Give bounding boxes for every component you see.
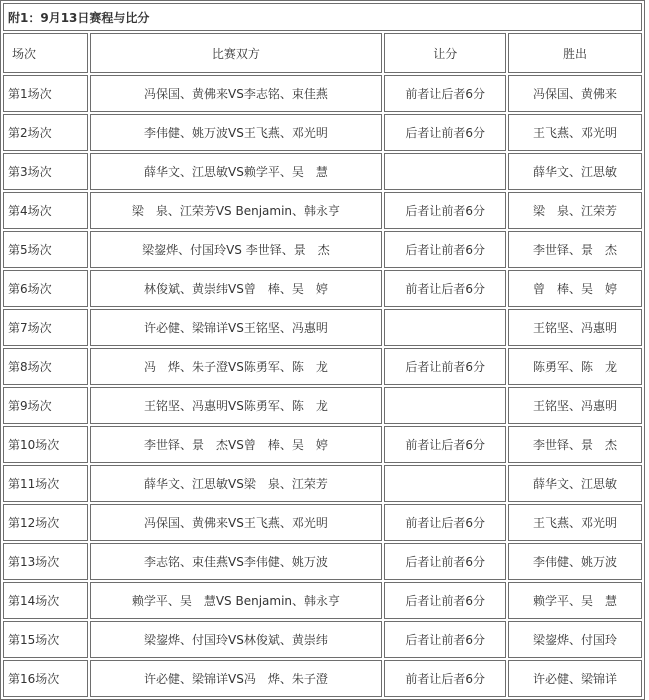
handicap-cell: 后者让前者6分 — [384, 192, 506, 229]
table-row: 第7场次 许必健、梁锦详VS王铭坚、冯惠明 王铭坚、冯惠明 — [3, 309, 642, 346]
table-row: 第10场次 李世铎、景 杰VS曾 棒、吴 婷 前者让后者6分 李世铎、景 杰 — [3, 426, 642, 463]
handicap-cell — [384, 309, 506, 346]
teams-cell: 林俊斌、黄崇纬VS曾 棒、吴 婷 — [90, 270, 383, 307]
winner-cell: 冯保国、黄佛来 — [508, 75, 642, 112]
teams-cell: 梁鋆烨、付国玲VS林俊斌、黄崇纬 — [90, 621, 383, 658]
winner-cell: 许必健、梁锦详 — [508, 660, 642, 697]
match-cell: 第1场次 — [3, 75, 88, 112]
teams-cell: 王铭坚、冯惠明VS陈勇军、陈 龙 — [90, 387, 383, 424]
match-cell: 第6场次 — [3, 270, 88, 307]
teams-cell: 冯 烨、朱子澄VS陈勇军、陈 龙 — [90, 348, 383, 385]
winner-cell: 王飞燕、邓光明 — [508, 504, 642, 541]
winner-cell: 王飞燕、邓光明 — [508, 114, 642, 151]
match-cell: 第5场次 — [3, 231, 88, 268]
handicap-cell: 前者让后者6分 — [384, 270, 506, 307]
winner-cell: 赖学平、吴 慧 — [508, 582, 642, 619]
header-winner: 胜出 — [508, 33, 642, 73]
teams-cell: 许必健、梁锦详VS王铭坚、冯惠明 — [90, 309, 383, 346]
match-cell: 第3场次 — [3, 153, 88, 190]
table-row: 第4场次 梁 泉、江荣芳VS Benjamin、韩永亨 后者让前者6分 梁 泉、… — [3, 192, 642, 229]
header-teams: 比赛双方 — [90, 33, 383, 73]
winner-cell: 陈勇军、陈 龙 — [508, 348, 642, 385]
winner-cell: 李世铎、景 杰 — [508, 231, 642, 268]
match-cell: 第9场次 — [3, 387, 88, 424]
score-table: 附1：9月13日赛程与比分 场次 比赛双方 让分 胜出 第1场次 冯保国、黄佛来… — [0, 0, 645, 700]
handicap-cell — [384, 387, 506, 424]
match-cell: 第2场次 — [3, 114, 88, 151]
teams-cell: 薛华文、江思敏VS赖学平、吴 慧 — [90, 153, 383, 190]
match-cell: 第13场次 — [3, 543, 88, 580]
winner-cell: 王铭坚、冯惠明 — [508, 309, 642, 346]
table-row: 第8场次 冯 烨、朱子澄VS陈勇军、陈 龙 后者让前者6分 陈勇军、陈 龙 — [3, 348, 642, 385]
teams-cell: 梁 泉、江荣芳VS Benjamin、韩永亨 — [90, 192, 383, 229]
winner-cell: 李伟健、姚万波 — [508, 543, 642, 580]
teams-cell: 赖学平、吴 慧VS Benjamin、韩永亨 — [90, 582, 383, 619]
table-row: 第14场次 赖学平、吴 慧VS Benjamin、韩永亨 后者让前者6分 赖学平… — [3, 582, 642, 619]
header-handicap: 让分 — [384, 33, 506, 73]
teams-cell: 李志铭、束佳燕VS李伟健、姚万波 — [90, 543, 383, 580]
match-cell: 第8场次 — [3, 348, 88, 385]
handicap-cell: 后者让前者6分 — [384, 114, 506, 151]
teams-cell: 李伟健、姚万波VS王飞燕、邓光明 — [90, 114, 383, 151]
handicap-cell: 后者让前者6分 — [384, 348, 506, 385]
table-row: 第3场次 薛华文、江思敏VS赖学平、吴 慧 薛华文、江思敏 — [3, 153, 642, 190]
winner-cell: 薛华文、江思敏 — [508, 465, 642, 502]
winner-cell: 王铭坚、冯惠明 — [508, 387, 642, 424]
match-cell: 第12场次 — [3, 504, 88, 541]
table-row: 第1场次 冯保国、黄佛来VS李志铭、束佳燕 前者让后者6分 冯保国、黄佛来 — [3, 75, 642, 112]
handicap-cell: 后者让前者6分 — [384, 582, 506, 619]
match-cell: 第10场次 — [3, 426, 88, 463]
handicap-cell — [384, 465, 506, 502]
winner-cell: 曾 棒、吴 婷 — [508, 270, 642, 307]
table-row: 第5场次 梁鋆烨、付国玲VS 李世铎、景 杰 后者让前者6分 李世铎、景 杰 — [3, 231, 642, 268]
match-cell: 第7场次 — [3, 309, 88, 346]
handicap-cell: 后者让前者6分 — [384, 231, 506, 268]
table-row: 第13场次 李志铭、束佳燕VS李伟健、姚万波 后者让前者6分 李伟健、姚万波 — [3, 543, 642, 580]
winner-cell: 梁 泉、江荣芳 — [508, 192, 642, 229]
header-match: 场次 — [3, 33, 88, 73]
table-row: 第12场次 冯保国、黄佛来VS王飞燕、邓光明 前者让后者6分 王飞燕、邓光明 — [3, 504, 642, 541]
schedule-sheet: 附1：9月13日赛程与比分 场次 比赛双方 让分 胜出 第1场次 冯保国、黄佛来… — [0, 0, 649, 686]
handicap-cell — [384, 153, 506, 190]
header-row: 场次 比赛双方 让分 胜出 — [3, 33, 642, 73]
match-cell: 第14场次 — [3, 582, 88, 619]
handicap-cell: 前者让后者6分 — [384, 75, 506, 112]
table-row: 第9场次 王铭坚、冯惠明VS陈勇军、陈 龙 王铭坚、冯惠明 — [3, 387, 642, 424]
handicap-cell: 前者让后者6分 — [384, 426, 506, 463]
match-cell: 第15场次 — [3, 621, 88, 658]
handicap-cell: 前者让后者6分 — [384, 660, 506, 697]
teams-cell: 薛华文、江思敏VS梁 泉、江荣芳 — [90, 465, 383, 502]
table-row: 第2场次 李伟健、姚万波VS王飞燕、邓光明 后者让前者6分 王飞燕、邓光明 — [3, 114, 642, 151]
winner-cell: 梁鋆烨、付国玲 — [508, 621, 642, 658]
handicap-cell: 后者让前者6分 — [384, 621, 506, 658]
table-row: 第6场次 林俊斌、黄崇纬VS曾 棒、吴 婷 前者让后者6分 曾 棒、吴 婷 — [3, 270, 642, 307]
table-row: 第11场次 薛华文、江思敏VS梁 泉、江荣芳 薛华文、江思敏 — [3, 465, 642, 502]
teams-cell: 梁鋆烨、付国玲VS 李世铎、景 杰 — [90, 231, 383, 268]
teams-cell: 李世铎、景 杰VS曾 棒、吴 婷 — [90, 426, 383, 463]
table-row: 第15场次 梁鋆烨、付国玲VS林俊斌、黄崇纬 后者让前者6分 梁鋆烨、付国玲 — [3, 621, 642, 658]
page-title: 附1：9月13日赛程与比分 — [3, 3, 642, 31]
handicap-cell: 后者让前者6分 — [384, 543, 506, 580]
match-cell: 第4场次 — [3, 192, 88, 229]
match-cell: 第16场次 — [3, 660, 88, 697]
table-row: 第16场次 许必健、梁锦详VS冯 烨、朱子澄 前者让后者6分 许必健、梁锦详 — [3, 660, 642, 697]
winner-cell: 薛华文、江思敏 — [508, 153, 642, 190]
teams-cell: 许必健、梁锦详VS冯 烨、朱子澄 — [90, 660, 383, 697]
handicap-cell: 前者让后者6分 — [384, 504, 506, 541]
title-row: 附1：9月13日赛程与比分 — [3, 3, 642, 31]
match-cell: 第11场次 — [3, 465, 88, 502]
teams-cell: 冯保国、黄佛来VS李志铭、束佳燕 — [90, 75, 383, 112]
winner-cell: 李世铎、景 杰 — [508, 426, 642, 463]
teams-cell: 冯保国、黄佛来VS王飞燕、邓光明 — [90, 504, 383, 541]
